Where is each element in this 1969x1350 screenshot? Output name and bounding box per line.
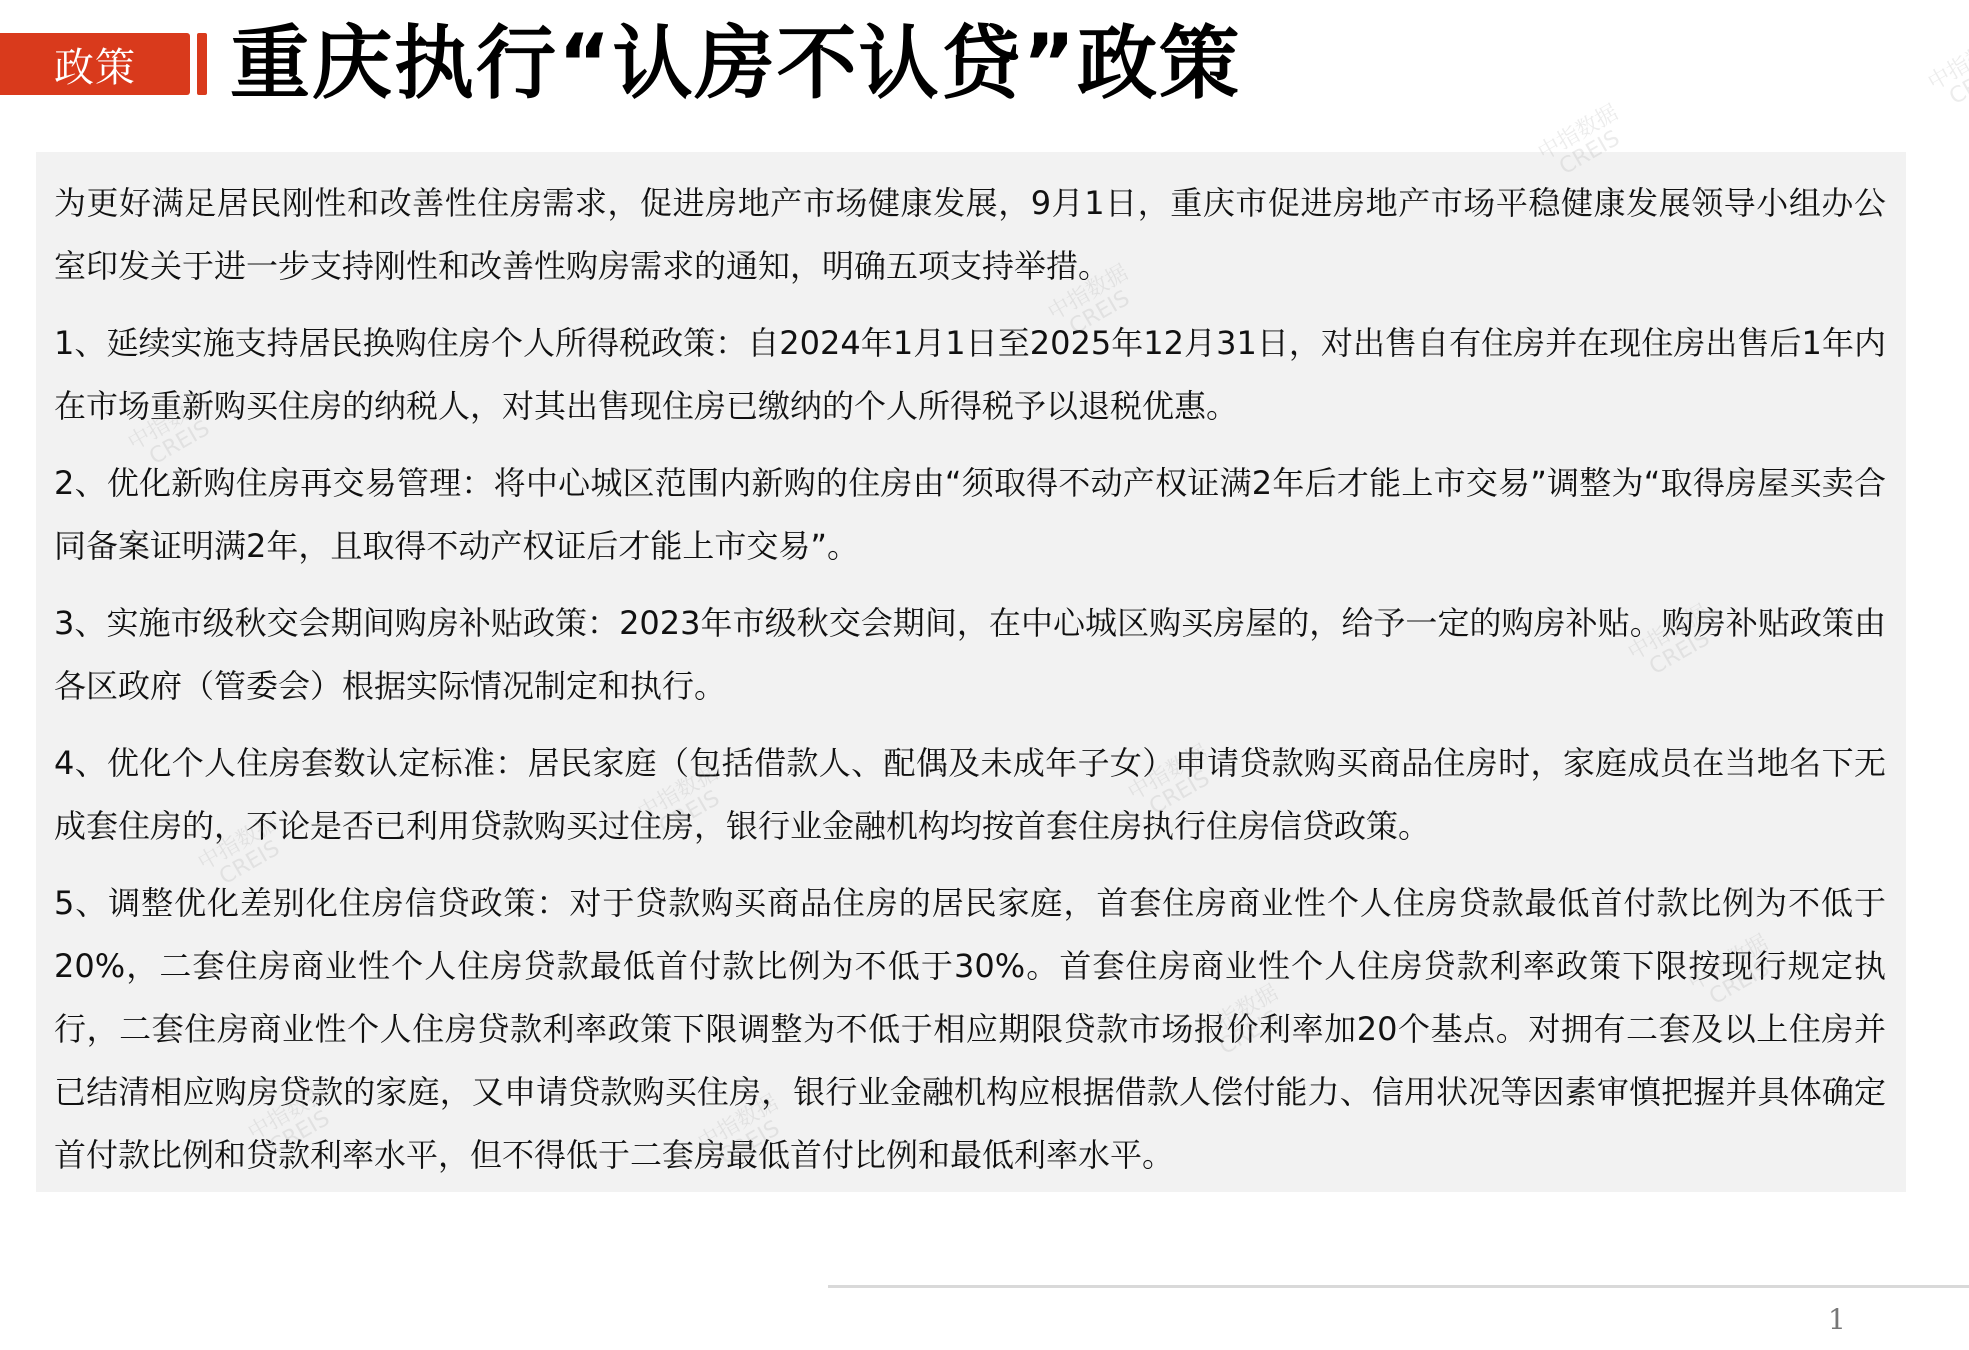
- page-title: 重庆执行“认房不认贷”政策: [230, 18, 1241, 110]
- category-tag: 政策: [0, 33, 190, 95]
- page-number: 1: [1828, 1303, 1846, 1336]
- policy-item-5: 5、调整优化差别化住房信贷政策：对于贷款购买商品住房的居民家庭，首套住房商业性个…: [54, 872, 1886, 1187]
- slide-page: 政策 重庆执行“认房不认贷”政策 为更好满足居民刚性和改善性住房需求，促进房地产…: [0, 0, 1969, 1350]
- accent-bar: [197, 33, 207, 95]
- watermark-text: CREIS: [1936, 51, 1969, 115]
- policy-item-1: 1、延续实施支持居民换购住房个人所得税政策：自2024年1月1日至2025年12…: [54, 312, 1886, 438]
- content-panel: 为更好满足居民刚性和改善性住房需求，促进房地产市场健康发展，9月1日，重庆市促进…: [36, 152, 1906, 1192]
- category-tag-label: 政策: [54, 36, 136, 93]
- footer-divider: [828, 1285, 1969, 1288]
- policy-item-3: 3、实施市级秋交会期间购房补贴政策：2023年市级秋交会期间，在中心城区购买房屋…: [54, 592, 1886, 718]
- watermark: 中指数据 CREIS: [1924, 31, 1969, 115]
- policy-item-4: 4、优化个人住房套数认定标准：居民家庭（包括借款人、配偶及未成年子女）申请贷款购…: [54, 732, 1886, 858]
- watermark-text: 中指数据: [1924, 31, 1969, 95]
- policy-item-2: 2、优化新购住房再交易管理：将中心城区范围内新购的住房由“须取得不动产权证满2年…: [54, 452, 1886, 578]
- intro-paragraph: 为更好满足居民刚性和改善性住房需求，促进房地产市场健康发展，9月1日，重庆市促进…: [54, 172, 1886, 298]
